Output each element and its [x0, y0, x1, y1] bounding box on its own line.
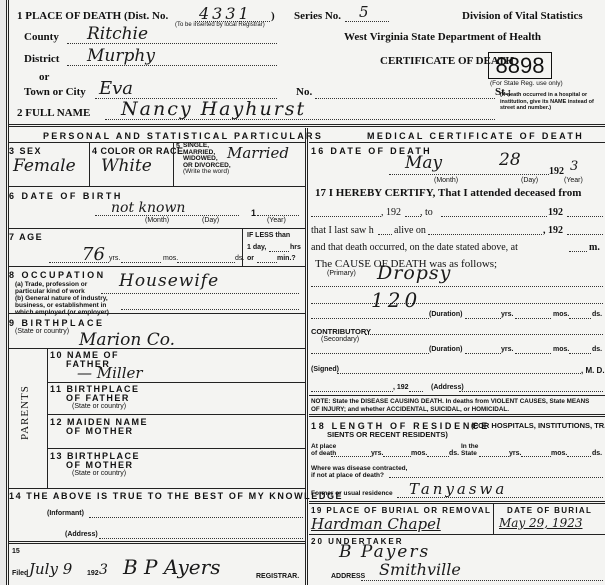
marital-value: Married [227, 144, 289, 162]
birthplace-label: 9 BIRTHPLACE [9, 318, 105, 328]
sex-label: 3 SEX [9, 146, 42, 156]
knowledge-label: 14 THE ABOVE IS TRUE TO THE BEST OF MY K… [9, 491, 343, 501]
full-name-label: 2 FULL NAME [17, 107, 90, 119]
county-label: County [24, 31, 59, 43]
mother-birthplace-label: 13 BIRTHPLACE OF MOTHER [50, 452, 140, 470]
former-residence-label: Former or usual residence [311, 490, 393, 497]
district-value: Murphy [87, 46, 155, 66]
duration-value: 120 [371, 288, 421, 312]
dob-label: 6 DATE OF BIRTH [9, 191, 123, 201]
parents-label: PARENTS [19, 385, 31, 440]
department-title: West Virginia State Department of Health [344, 31, 541, 43]
burial-date-label: DATE OF BURIAL [507, 506, 592, 515]
personal-section-title: PERSONAL AND STATISTICAL PARTICULARS [43, 131, 323, 141]
division-title: Division of Vital Statistics [462, 10, 583, 22]
street-no-label: No. [296, 86, 312, 98]
district-label: District [24, 53, 59, 65]
marital-label: SINGLE, MARRIED, WIDOWED, OR DIVORCED, (… [183, 143, 231, 176]
series-no-value: 5 [359, 3, 369, 21]
dob-value: not known [111, 200, 185, 216]
certificate-number: 8898 [488, 52, 552, 79]
burial-date-value: May 29, 1923 [499, 516, 582, 530]
father-birthplace-label: 11 BIRTHPLACE OF FATHER [50, 385, 140, 403]
occupation-sublabels: (a) Trade, profession or particular kind… [15, 281, 109, 316]
undertaker-address-label: ADDRESS [331, 573, 365, 580]
town-value: Eva [99, 78, 133, 99]
age-label: 7 AGE [9, 232, 43, 242]
certify-line: 17 I HEREBY CERTIFY, That I attended dec… [315, 187, 581, 199]
registrar-signature: B P Ayers [123, 555, 220, 579]
town-label: Town or City [24, 86, 86, 98]
place-of-death-label: 1 PLACE OF DEATH (Dist. No. [17, 10, 168, 22]
father-name-value: — Miller [77, 364, 143, 382]
occupation-label: 8 OCCUPATION [9, 270, 106, 280]
burial-place-label: 19 PLACE OF BURIAL OR REMOVAL [311, 506, 491, 515]
mother-name-label: 12 MAIDEN NAME OF MOTHER [50, 418, 148, 436]
in-state-label: In theState [461, 443, 478, 457]
dod-day-value: 28 [499, 150, 521, 170]
birthplace-value: Marion Co. [79, 330, 175, 350]
if-less-label: IF LESS than [247, 232, 290, 239]
race-label: 4 COLOR OR RACE [92, 146, 184, 156]
filed-date-value: July 9 [29, 560, 72, 578]
burial-place-value: Hardman Chapel [311, 515, 441, 533]
cause-primary-value: Dropsy [377, 262, 451, 284]
at-place-label: At placeof death [311, 443, 336, 457]
dod-month-value: May [405, 153, 442, 173]
undertaker-address-value: Smithville [379, 560, 461, 579]
county-value: Ritchie [87, 24, 148, 44]
occupation-value: Housewife [119, 271, 219, 291]
race-value: White [101, 156, 152, 176]
registrar-label: REGISTRAR. [256, 573, 299, 580]
dist-no-note: (To be inserted by local Registrar) [175, 22, 265, 28]
note-text: NOTE: State the DISEASE CAUSING DEATH. I… [311, 398, 589, 405]
hospital-note: (If death occurred in a hospital or inst… [500, 92, 602, 112]
sex-value: Female [13, 156, 76, 176]
death-certificate: 1 PLACE OF DEATH (Dist. No. 4331 ) (To b… [6, 0, 605, 585]
medical-section-title: MEDICAL CERTIFICATE OF DEATH [367, 131, 584, 141]
undertaker-value: B Payers [339, 542, 430, 562]
former-residence-value: Tanyaswa [409, 480, 507, 498]
series-label: Series No. [294, 10, 341, 22]
or-label: or [39, 71, 49, 83]
street-label: St.; [495, 86, 511, 98]
full-name-value: Nancy Hayhurst [121, 98, 306, 120]
contributory-label: CONTRIBUTORY [311, 327, 371, 336]
